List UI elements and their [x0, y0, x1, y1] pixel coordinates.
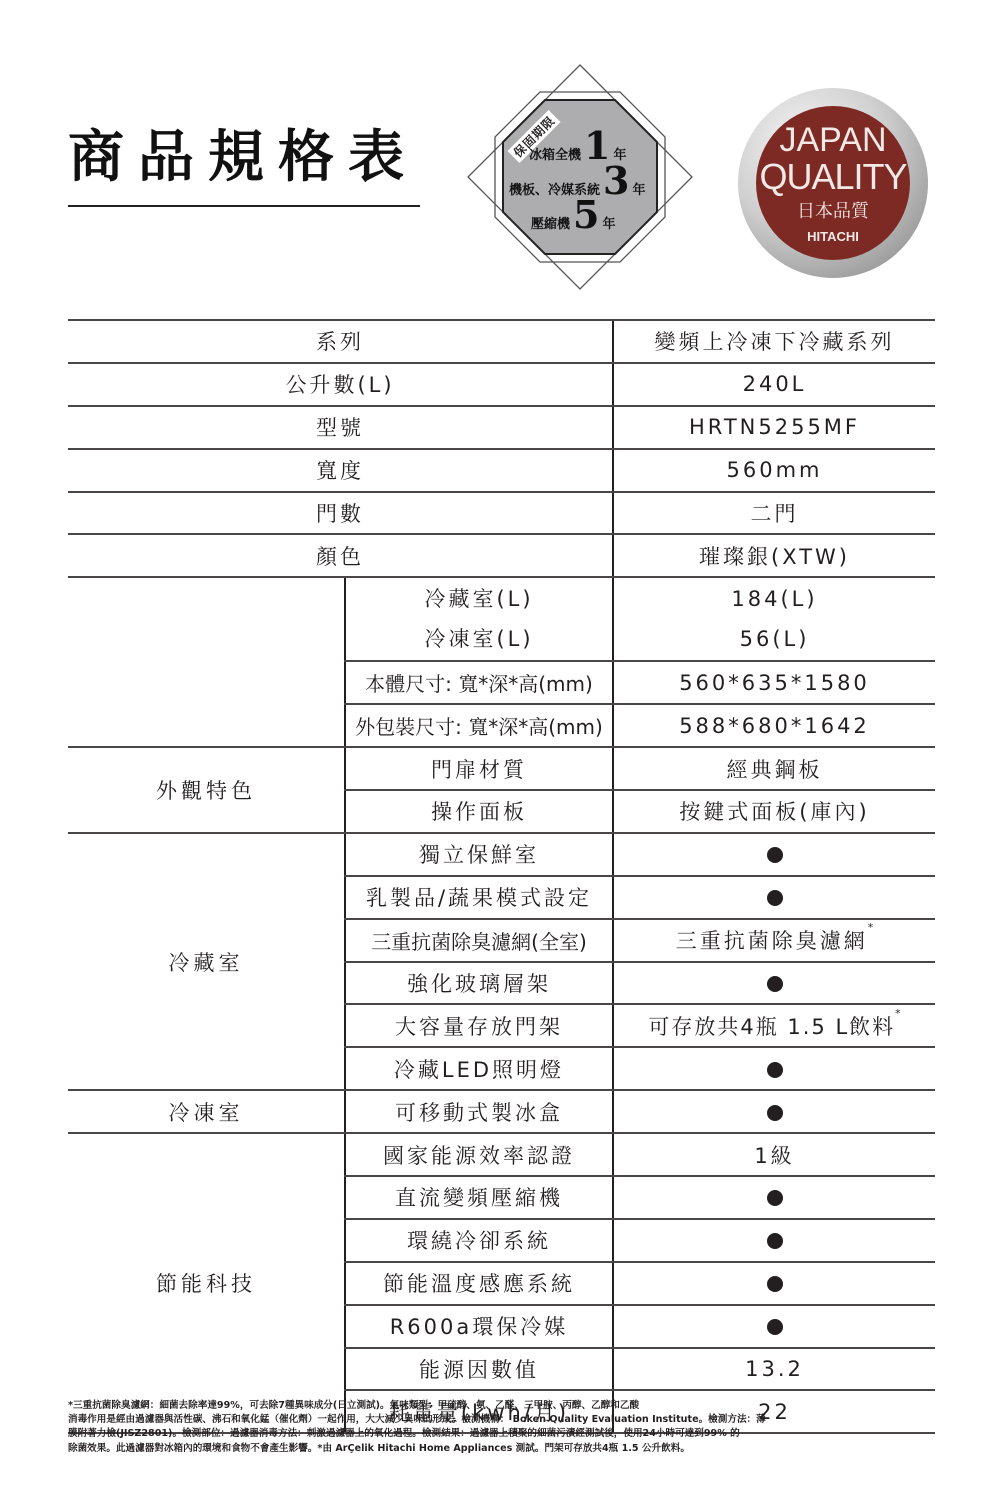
spec-value: 13.2: [613, 1348, 935, 1391]
spec-label: 門數: [68, 492, 613, 535]
spec-value: 經典鋼板: [613, 747, 935, 790]
table-row-capacity: 冷藏室(L) 冷凍室(L) 184(L) 56(L): [68, 577, 935, 661]
spec-group-blank: [68, 577, 345, 747]
spec-label: 國家能源效率認證: [345, 1133, 613, 1176]
japan-quality-badge: JAPAN QUALITY 日本品質 HITACHI: [738, 88, 928, 278]
spec-value-check: [613, 962, 935, 1005]
check-dot-icon: [767, 1105, 783, 1121]
spec-label: R600a環保冷媒: [345, 1305, 613, 1348]
warranty-badge: 保固期限 冰箱全機 1 年 機板、冷媒系統 3 年 壓縮機 5 年: [465, 62, 695, 292]
check-dot-icon: [767, 1319, 783, 1335]
spec-label: 顏色: [68, 534, 613, 577]
spec-label: 環繞冷卻系統: [345, 1219, 613, 1262]
footnote-marker: *: [895, 1007, 901, 1020]
footnote-line: *三重抗菌除臭濾網：細菌去除率達99%，可去除7種異味成分(日立測試)。氣味類型…: [68, 1399, 938, 1413]
spec-label-capacity: 冷藏室(L) 冷凍室(L): [345, 577, 613, 661]
spec-value-check: [613, 1047, 935, 1090]
spec-label: 可移動式製冰盒: [345, 1090, 613, 1133]
table-row: 冷藏室 獨立保鮮室: [68, 833, 935, 876]
spec-label: 獨立保鮮室: [345, 833, 613, 876]
table-row: 寬度 560mm: [68, 449, 935, 492]
spec-value-check: [613, 833, 935, 876]
check-dot-icon: [767, 1062, 783, 1078]
title-underline: [68, 205, 420, 207]
check-dot-icon: [767, 1233, 783, 1249]
spec-label: 操作面板: [345, 790, 613, 833]
spec-label: 本體尺寸: 寬*深*高(mm): [345, 661, 613, 704]
spec-label: 冷藏LED照明燈: [345, 1047, 613, 1090]
warranty-label: 壓縮機: [531, 213, 570, 232]
warranty-years: 5: [573, 199, 599, 231]
spec-value: 三重抗菌除臭濾網*: [613, 919, 935, 962]
table-row: 顏色 璀璨銀(XTW): [68, 534, 935, 577]
warranty-years: 3: [603, 165, 629, 197]
spec-label: 節能溫度感應系統: [345, 1262, 613, 1305]
table-row: 外觀特色 門扉材質 經典鋼板: [68, 747, 935, 790]
spec-label: 門扉材質: [345, 747, 613, 790]
spec-label: 型號: [68, 406, 613, 449]
spec-value-capacity: 184(L) 56(L): [613, 577, 935, 661]
spec-label: 冷凍室(L): [346, 619, 612, 659]
table-row: 系列 變頻上冷凍下冷藏系列: [68, 320, 935, 363]
spec-value-check: [613, 1176, 935, 1219]
table-row: 冷凍室 可移動式製冰盒: [68, 1090, 935, 1133]
spec-value: 240L: [613, 363, 935, 406]
spec-label: 強化玻璃層架: [345, 962, 613, 1005]
spec-label: 三重抗菌除臭濾網(全室): [345, 919, 613, 962]
spec-group-energy: 節能科技: [68, 1133, 345, 1433]
spec-label: 直流變頻壓縮機: [345, 1176, 613, 1219]
table-row: 型號 HRTN5255MF: [68, 406, 935, 449]
check-dot-icon: [767, 976, 783, 992]
japan-quality-badge-inner: JAPAN QUALITY 日本品質 HITACHI: [756, 106, 910, 260]
check-dot-icon: [767, 1276, 783, 1292]
spec-value: 184(L): [614, 579, 935, 619]
spec-label: 寬度: [68, 449, 613, 492]
check-dot-icon: [767, 1190, 783, 1206]
spec-group-appearance: 外觀特色: [68, 747, 345, 833]
spec-value: 璀璨銀(XTW): [613, 534, 935, 577]
footnote-marker: *: [868, 921, 874, 934]
footnotes: *三重抗菌除臭濾網：細菌去除率達99%，可去除7種異味成分(日立測試)。氣味類型…: [68, 1399, 938, 1456]
spec-value: 變頻上冷凍下冷藏系列: [613, 320, 935, 363]
spec-value: HRTN5255MF: [613, 406, 935, 449]
warranty-label: 冰箱全機: [529, 144, 581, 163]
spec-value: 560*635*1580: [613, 661, 935, 704]
spec-value: 按鍵式面板(庫內): [613, 790, 935, 833]
spec-group-freezer: 冷凍室: [68, 1090, 345, 1133]
spec-label: 冷藏室(L): [346, 579, 612, 619]
spec-value: 588*680*1642: [613, 704, 935, 747]
spec-value: 二門: [613, 492, 935, 535]
spec-value-check: [613, 876, 935, 919]
spec-label: 外包裝尺寸: 寬*深*高(mm): [345, 704, 613, 747]
table-row: 節能科技 國家能源效率認證 1級: [68, 1133, 935, 1176]
spec-value: 1級: [613, 1133, 935, 1176]
spec-label: 大容量存放門架: [345, 1004, 613, 1047]
spec-value-text: 可存放共4瓶 1.5 L飲料: [648, 1015, 895, 1039]
spec-value-check: [613, 1090, 935, 1133]
spec-value-check: [613, 1305, 935, 1348]
warranty-unit: 年: [602, 213, 615, 232]
spec-value-check: [613, 1262, 935, 1305]
footnote-line: 膜附著力檢(JISZ2801)。檢測部位：過濾器消毒方法：刺激過濾器上的氧化過程…: [68, 1427, 938, 1441]
check-dot-icon: [767, 847, 783, 863]
page-title: 商品規格表: [68, 118, 418, 198]
warranty-line-compressor: 壓縮機 5 年: [531, 199, 615, 232]
footnote-line: 除菌效果。此過濾器對冰箱內的環境和食物不會產生影響。*由 ArÇelik Hit…: [68, 1442, 938, 1456]
spec-group-fridge: 冷藏室: [68, 833, 345, 1090]
warranty-unit: 年: [632, 179, 645, 198]
spec-value: 56(L): [614, 619, 935, 659]
badge-line-japan: JAPAN: [756, 122, 910, 158]
badge-brand: HITACHI: [756, 230, 910, 244]
check-dot-icon: [767, 890, 783, 906]
badge-line-quality: QUALITY: [756, 158, 910, 196]
spec-label: 能源因數值: [345, 1348, 613, 1391]
spec-label: 公升數(L): [68, 363, 613, 406]
footnote-line: 消毒作用是經由過濾器與活性碳、沸石和氧化錳（催化劑）一起作用，大大減少異味的形成…: [68, 1413, 938, 1427]
spec-value-text: 三重抗菌除臭濾網: [676, 929, 868, 953]
spec-label: 系列: [68, 320, 613, 363]
badge-line-jp: 日本品質: [756, 201, 910, 223]
spec-value-check: [613, 1219, 935, 1262]
spec-label: 乳製品/蔬果模式設定: [345, 876, 613, 919]
spec-value: 可存放共4瓶 1.5 L飲料*: [613, 1004, 935, 1047]
table-row: 公升數(L) 240L: [68, 363, 935, 406]
table-row: 門數 二門: [68, 492, 935, 535]
spec-table: 系列 變頻上冷凍下冷藏系列 公升數(L) 240L 型號 HRTN5255MF …: [68, 319, 935, 1434]
spec-value: 560mm: [613, 449, 935, 492]
